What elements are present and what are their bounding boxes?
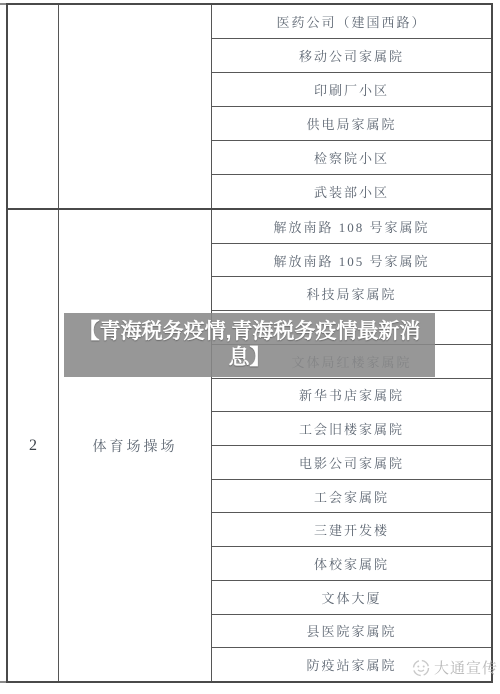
section2-row-number-cell: 2 [8, 210, 59, 681]
watermark-label: 大通宣传 [434, 657, 498, 678]
table-row: 印刷厂小区 [212, 72, 491, 106]
table-row: 供电局家属院 [212, 106, 491, 140]
page: 医药公司（建国西路） 移动公司家属院 印刷厂小区 供电局家属院 检察院小区 武装… [0, 0, 500, 694]
section1-items: 医药公司（建国西路） 移动公司家属院 印刷厂小区 供电局家属院 检察院小区 武装… [212, 5, 491, 208]
table-row: 电影公司家属院 [212, 445, 491, 479]
title-overlay-line-1: 【青海税务疫情,青海税务疫情最新消 [79, 319, 421, 345]
section2-location-cell: 体育场操场 [59, 210, 212, 681]
table-row: 医药公司（建国西路） [212, 5, 491, 38]
table-row: 解放南路 105 号家属院 [212, 243, 491, 277]
title-overlay: 【青海税务疫情,青海税务疫情最新消 息】 [64, 313, 435, 377]
table-row: 体校家属院 [212, 546, 491, 580]
table-row: 武装部小区 [212, 174, 491, 208]
table-row: 工会家属院 [212, 479, 491, 513]
table-row: 科技局家属院 [212, 276, 491, 310]
table-row: 解放南路 108 号家属院 [212, 210, 491, 243]
table-section-2: 2 体育场操场 解放南路 108 号家属院 解放南路 105 号家属院 科技局家… [8, 208, 491, 681]
table-row: 移动公司家属院 [212, 38, 491, 72]
table-row: 文体大厦 [212, 580, 491, 614]
table-row: 三建开发楼 [212, 512, 491, 546]
section1-location-cell [59, 5, 212, 208]
table-row: 检察院小区 [212, 140, 491, 174]
table-row: 工会旧楼家属院 [212, 411, 491, 445]
title-overlay-line-2: 息】 [229, 345, 271, 371]
datong-logo-icon [412, 659, 430, 677]
section2-items: 解放南路 108 号家属院 解放南路 105 号家属院 科技局家属院 文体局红楼… [212, 210, 491, 681]
table-row: 县医院家属院 [212, 614, 491, 648]
table-section-1: 医药公司（建国西路） 移动公司家属院 印刷厂小区 供电局家属院 检察院小区 武装… [8, 5, 491, 208]
watermark: 大通宣传 [412, 657, 498, 678]
table-row: 新华书店家属院 [212, 378, 491, 412]
section1-row-number-cell [8, 5, 59, 208]
